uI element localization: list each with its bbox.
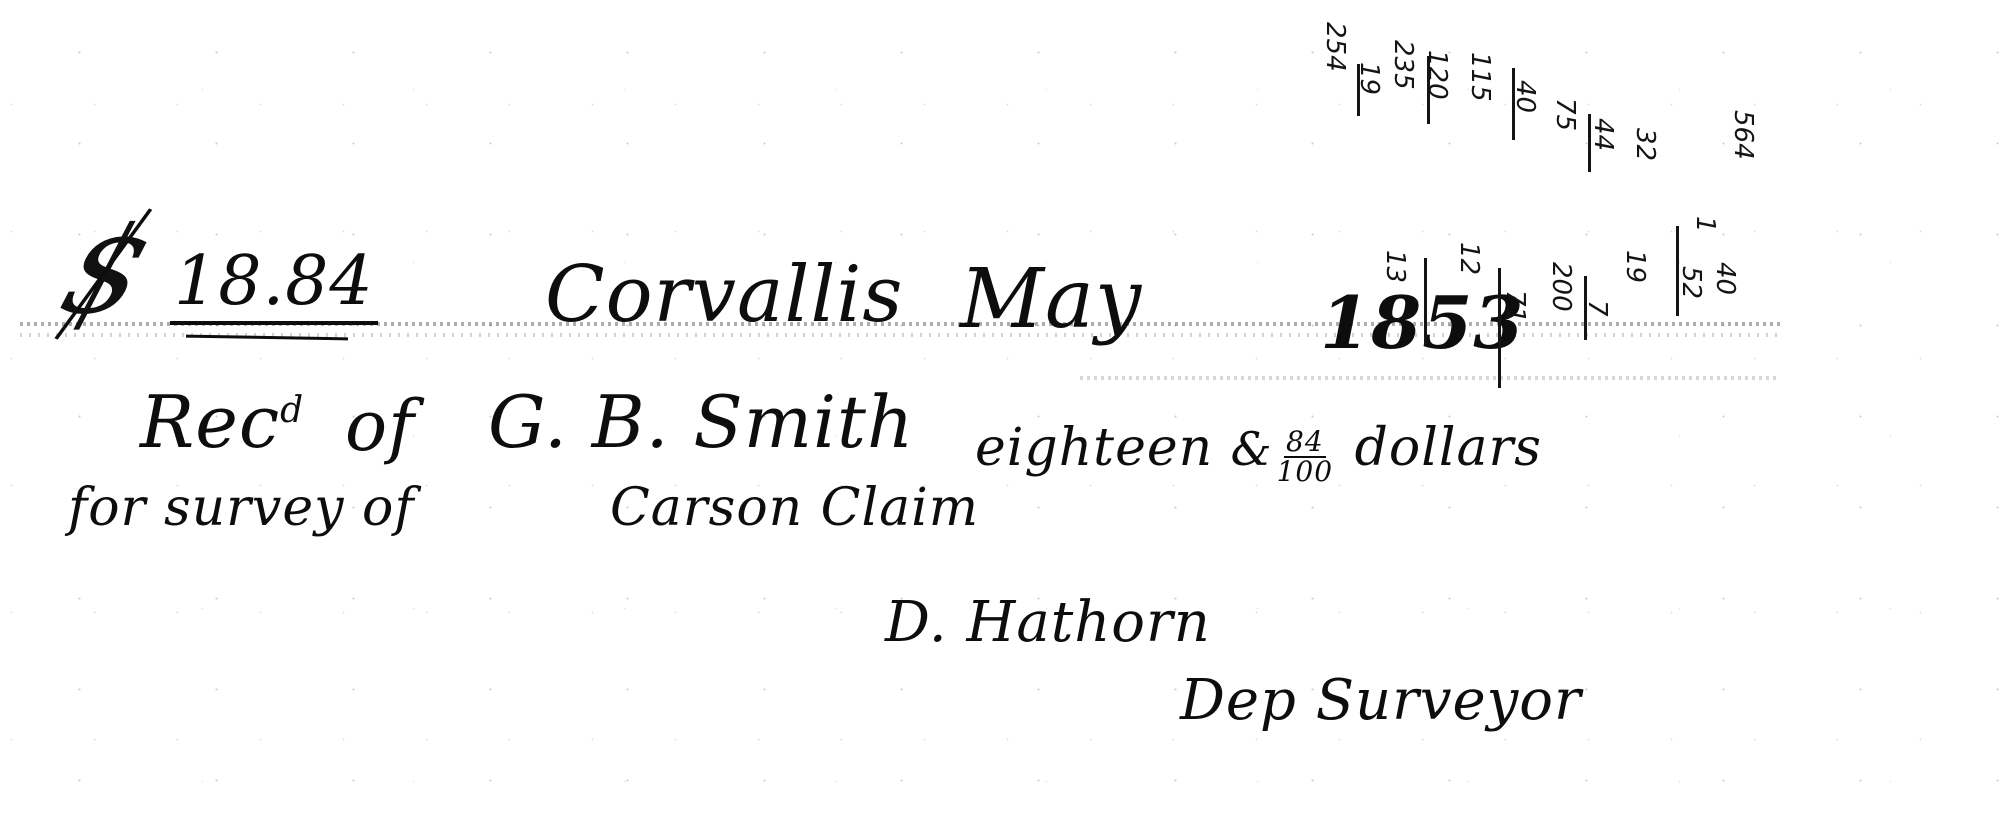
margin-calc-number: 235 <box>1388 40 1418 90</box>
margin-calc-number: 12 <box>1454 242 1484 275</box>
margin-calc-number: 40 <box>1510 80 1540 113</box>
received-label: Recd <box>140 380 304 464</box>
margin-calc-number: 254 <box>1320 22 1350 72</box>
dotted-ruled-line <box>1080 376 1780 380</box>
calc-divider <box>1498 268 1501 388</box>
receipt-amount: 18.84 <box>170 242 378 325</box>
received-abbrev: Rec <box>140 380 280 464</box>
signature: D. Hathorn <box>885 590 1211 655</box>
calc-divider <box>1424 258 1427 344</box>
receipt-month: May <box>960 252 1142 347</box>
signer-title: Dep Surveyor <box>1180 668 1582 733</box>
currency-unit: dollars <box>1355 418 1542 478</box>
margin-calc-number: 13 <box>1380 250 1410 283</box>
fraction-denominator: 100 <box>1277 458 1333 486</box>
margin-calc-number: 32 <box>1630 128 1660 161</box>
purpose-text: for survey of <box>68 478 415 538</box>
survey-subject: Carson Claim <box>610 478 979 538</box>
margin-calc-number: 200 <box>1546 262 1576 312</box>
receipt-place: Corvallis <box>545 250 903 340</box>
received-superscript: d <box>280 390 304 431</box>
margin-calc-number: 19 <box>1354 62 1384 95</box>
margin-calc-number: 564 <box>1728 110 1758 160</box>
amount-words-text: eighteen <box>975 418 1213 478</box>
cents-fraction: 84100 <box>1277 428 1333 486</box>
dollar-sign: $ <box>49 212 164 332</box>
amount-in-words: eighteen &84100 dollars <box>975 418 1542 486</box>
receipt-year: 1853 <box>1320 280 1524 365</box>
ampersand: & <box>1231 422 1273 476</box>
margin-calc-number: 52 <box>1676 266 1706 299</box>
margin-calc-number: 44 <box>1588 118 1618 151</box>
margin-calc-number: 75 <box>1550 98 1580 131</box>
margin-calc-number: 7 <box>1582 300 1612 317</box>
margin-calc-number: 115 <box>1465 52 1495 102</box>
of-word: of <box>345 385 415 467</box>
scanned-receipt-page: $ 18.84 Corvallis May 1853 Recd of G. B.… <box>0 0 2000 816</box>
margin-calc-number: 19 <box>1620 250 1650 283</box>
margin-calc-number: 1 <box>1690 216 1720 233</box>
margin-calc-number: 71 <box>1500 290 1530 323</box>
fraction-numerator: 84 <box>1284 428 1326 458</box>
margin-calc-number: 40 <box>1710 262 1740 295</box>
margin-calc-number: 120 <box>1422 50 1452 100</box>
payer-name: G. B. Smith <box>488 380 914 464</box>
